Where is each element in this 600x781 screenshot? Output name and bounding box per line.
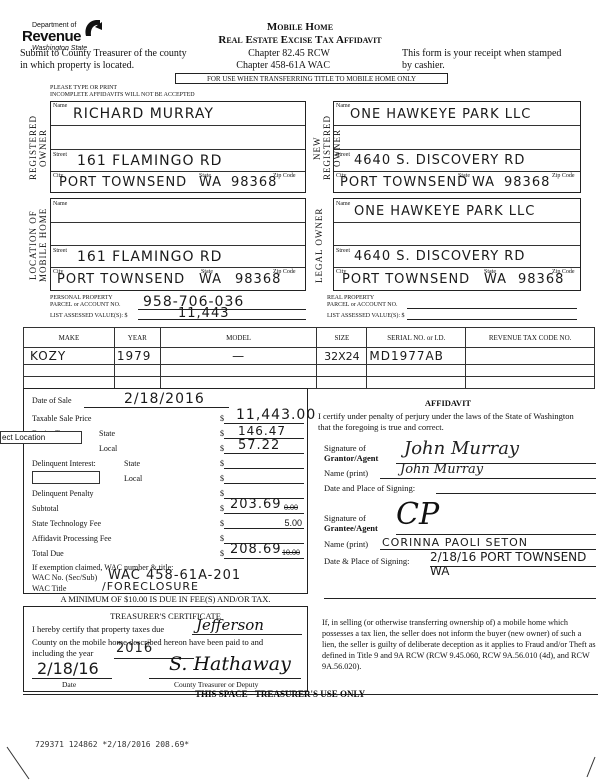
state-value: WA	[199, 272, 222, 287]
street-label: Street	[336, 248, 350, 254]
tech-fee-field: 5.00	[224, 517, 304, 529]
real-parcel-number-field[interactable]	[407, 297, 577, 309]
header-serial: SERIAL NO. or I.D.	[367, 328, 466, 348]
date-of-sale-label: Date of Sale	[32, 396, 72, 405]
delinquent-interest-label: Delinquent Interest:	[32, 459, 96, 468]
subtotal-field[interactable]: 203.69 0.00	[224, 502, 304, 514]
location-city-field[interactable]: City PORT TOWNSEND State WA Zip Code 983…	[51, 268, 305, 291]
section-label-line1: NEW REGISTERED	[312, 116, 332, 181]
grantor-date-place-field[interactable]	[436, 483, 596, 494]
state-value: WA	[199, 175, 222, 190]
total-due-value: 208.69	[230, 542, 282, 557]
location-name2-field[interactable]	[51, 223, 305, 246]
assessed-value-field[interactable]: 11,443	[138, 311, 306, 320]
header-size: SIZE	[317, 328, 367, 348]
location-section-label: LOCATION OF MOBILE HOME	[28, 200, 48, 290]
submit-instructions: Submit to County Treasurer of the county…	[20, 48, 220, 72]
treasurer-date-field[interactable]: 2/18/16	[32, 665, 112, 679]
select-location-tooltip[interactable]: ect Location	[0, 431, 82, 444]
location-street-field[interactable]: Street 161 FLAMINGO RD	[51, 246, 305, 268]
header-model: MODEL	[160, 328, 317, 348]
sig-label-line1: Signature of	[324, 443, 378, 453]
total-due-label: Total Due	[32, 549, 64, 558]
mobile-home-details-table: MAKE YEAR MODEL SIZE SERIAL NO. or I.D. …	[23, 327, 595, 389]
sig-label-line1: Signature of	[324, 513, 378, 523]
registered-owner-box: Name RICHARD MURRAY Street 161 FLAMINGO …	[50, 101, 306, 193]
affidavit-title: AFFIDAVIT	[298, 398, 598, 408]
street-value: 161 FLAMINGO RD	[77, 249, 222, 265]
name-label: Name	[53, 201, 67, 207]
tax-calculation-box: Date of Sale 2/18/2016 Taxable Sale Pric…	[23, 388, 308, 594]
cell-make[interactable]	[24, 365, 115, 377]
cell-model[interactable]	[160, 365, 317, 377]
delinquent-checkbox-field[interactable]	[32, 471, 100, 484]
parcel-label: REAL PROPERTY PARCEL or ACCOUNT NO.	[327, 295, 397, 309]
grantee-name-value: CORINNA PAOLI SETON	[382, 536, 528, 549]
street-value: 4640 S. DISCOVERY RD	[354, 153, 525, 168]
taxable-sale-price-value: 11,443.00	[236, 407, 316, 423]
registered-owner-name2-field[interactable]	[51, 126, 305, 150]
tax-lien-notice: If, in selling (or otherwise transferrin…	[322, 617, 597, 672]
cell-size[interactable]	[317, 365, 367, 377]
treasurer-certificate-title: TREASURER'S CERTIFICATE	[24, 611, 307, 621]
delinquent-local-label: Local	[124, 474, 142, 483]
cell-revenue-code[interactable]	[466, 348, 595, 365]
legal-owner-name-field[interactable]: Name ONE HAWKEYE PARK LLC	[334, 199, 580, 223]
assessed-value: 11,443	[178, 306, 230, 321]
logo-revenue-text: Revenue	[22, 28, 81, 45]
city-value: PORT TOWNSEND	[342, 272, 470, 287]
section-label-line1: REGISTERED	[28, 116, 38, 181]
city-value: PORT TOWNSEND	[340, 175, 468, 190]
excise-tax-local-value: 57.22	[238, 438, 280, 453]
cell-serial[interactable]: MD1977AB	[367, 348, 466, 365]
subtotal-label: Subtotal	[32, 504, 59, 513]
treasurer-signature-field[interactable]: S. Hathaway	[149, 665, 301, 679]
please-type-text: PLEASE TYPE OR PRINT	[50, 85, 195, 92]
parcel-label-line2: PARCEL or ACCOUNT NO.	[50, 302, 120, 309]
wac-title-value: /FORECLOSURE	[102, 580, 199, 593]
table-row	[24, 377, 595, 389]
treasurer-date-label: Date	[62, 680, 76, 689]
street-value: 4640 S. DISCOVERY RD	[354, 249, 525, 264]
grantee-signature-label: Signature of Grantee/Agent	[324, 513, 378, 533]
grantor-name-value: John Murray	[400, 462, 483, 477]
date-of-sale-value: 2/18/2016	[124, 391, 205, 407]
location-name-field[interactable]: Name	[51, 199, 305, 223]
treasurer-county-field[interactable]: Jefferson	[192, 624, 302, 635]
delinquent-penalty-label: Delinquent Penalty	[32, 489, 94, 498]
section-label-line2: OWNER	[38, 129, 48, 167]
header-year: YEAR	[114, 328, 160, 348]
table-row	[24, 365, 595, 377]
street-label: Street	[53, 248, 67, 254]
state-label: State	[458, 173, 470, 179]
grantor-signature-label: Signature of Grantor/Agent	[324, 443, 378, 463]
table-row: KOZY 1979 — 32X24 MD1977AB	[24, 348, 595, 365]
new-owner-city-field[interactable]: City PORT TOWNSEND State WA Zip Code 983…	[334, 172, 580, 193]
legal-owner-street-field[interactable]: Street 4640 S. DISCOVERY RD	[334, 246, 580, 268]
grantee-name-field[interactable]: CORINNA PAOLI SETON	[380, 538, 596, 550]
assessed-label: LIST ASSESSED VALUE(S): $	[327, 313, 405, 319]
state-value: WA	[484, 272, 507, 287]
legal-owner-name2-field[interactable]	[334, 223, 580, 246]
treasurers-certificate-box: TREASURER'S CERTIFICATE I hereby certify…	[23, 606, 308, 692]
sig-label-line2: Grantee/Agent	[324, 523, 378, 533]
cell-make[interactable]	[24, 377, 115, 389]
receipt-line-2: by cashier.	[402, 60, 592, 72]
city-value: PORT TOWNSEND	[57, 272, 185, 287]
state-value: WA	[472, 175, 495, 190]
section-label-line2: MOBILE HOME	[38, 208, 48, 282]
excise-state-label: State	[99, 429, 115, 438]
treasurer-use-only-label: THIS SPACE - TREASURER'S USE ONLY	[195, 689, 365, 699]
grantee-signature-field[interactable]: CP	[396, 521, 596, 535]
new-owner-street-field[interactable]: Street 4640 S. DISCOVERY RD	[334, 150, 580, 172]
table-header-row: MAKE YEAR MODEL SIZE SERIAL NO. or I.D. …	[24, 328, 595, 348]
cell-model[interactable]	[160, 377, 317, 389]
treasurer-year-value: 2016	[116, 641, 153, 656]
name-value: ONE HAWKEYE PARK LLC	[354, 204, 535, 219]
tech-fee-value: 5.00	[284, 518, 302, 528]
street-label: Street	[53, 152, 67, 158]
receipt-line-1: This form is your receipt when stamped	[402, 48, 592, 60]
registered-owner-section-label: REGISTERED OWNER	[28, 103, 48, 193]
cell-size[interactable]: 32X24	[317, 348, 367, 365]
header-revenue-code: REVENUE TAX CODE NO.	[466, 328, 595, 348]
name-label: Name	[53, 103, 67, 109]
legal-owner-section-label: LEGAL OWNER	[314, 200, 324, 290]
legal-owner-city-field[interactable]: City PORT TOWNSEND State WA Zip Code 983…	[334, 268, 580, 291]
cell-year[interactable]	[114, 377, 160, 389]
cell-size[interactable]	[317, 377, 367, 389]
zip-value: 98368	[504, 175, 550, 190]
print-instructions: PLEASE TYPE OR PRINT INCOMPLETE AFFIDAVI…	[50, 85, 195, 99]
legal-owner-box: Name ONE HAWKEYE PARK LLC Street 4640 S.…	[333, 198, 581, 291]
receipt-stamp: 729371 124862 *2/18/2016 208.69*	[35, 740, 189, 749]
parcel-label-line1: PERSONAL PROPERTY	[50, 295, 120, 302]
incomplete-warning: INCOMPLETE AFFIDAVITS WILL NOT BE ACCEPT…	[50, 92, 195, 99]
chapter-rcw: Chapter 82.45 RCW	[236, 48, 330, 60]
submit-line-2: in which property is located.	[20, 60, 220, 72]
excise-local-label: Local	[99, 444, 117, 453]
chapter-wac: Chapter 458-61A WAC	[236, 60, 330, 72]
cell-revenue-code[interactable]	[466, 377, 595, 389]
cell-revenue-code[interactable]	[466, 365, 595, 377]
grantee-date-place-value: 2/18/16 PORT TOWNSEND WA	[430, 550, 596, 578]
parcel-label-line1: REAL PROPERTY	[327, 295, 397, 302]
name-value: ONE HAWKEYE PARK LLC	[350, 107, 531, 122]
minimum-due-note: A MINIMUM OF $10.00 IS DUE IN FEE(S) AND…	[23, 594, 308, 604]
grantee-date-place-field[interactable]: 2/18/16 PORT TOWNSEND WA	[430, 555, 596, 567]
real-assessed-value-field[interactable]	[407, 311, 577, 320]
new-registered-owner-box: Name ONE HAWKEYE PARK LLC Street 4640 S.…	[333, 101, 581, 193]
registered-owner-name-field[interactable]: Name RICHARD MURRAY	[51, 102, 305, 126]
new-owner-name-field[interactable]: Name ONE HAWKEYE PARK LLC	[334, 102, 580, 126]
excise-tax-local-field[interactable]: 57.22	[224, 442, 304, 454]
zip-value: 98368	[235, 272, 281, 287]
treasurer-line3: including the year	[32, 648, 93, 658]
wac-title-field[interactable]: /FORECLOSURE	[74, 581, 274, 593]
subtotal-struck-value: 0.00	[284, 503, 298, 512]
header-make: MAKE	[24, 328, 115, 348]
taxable-sale-price-label: Taxable Sale Price	[32, 414, 91, 423]
grantor-name-label: Name (print)	[324, 468, 368, 478]
revenue-logo-icon	[82, 18, 104, 40]
grantee-date-place-label: Date & Place of Signing:	[324, 556, 409, 566]
affidavit-section: AFFIDAVIT I certify under penalty of per…	[318, 398, 598, 433]
personal-property-parcel: PERSONAL PROPERTY PARCEL or ACCOUNT NO. …	[50, 293, 306, 325]
form-title-line2: Real Estate Excise Tax Affidavit	[190, 34, 410, 46]
excise-tax-state-value: 146.47	[238, 424, 286, 438]
cell-serial[interactable]	[367, 377, 466, 389]
city-value: PORT TOWNSEND	[59, 175, 187, 190]
treasurer-county-value: Jefferson	[196, 616, 264, 634]
grantor-signature-value: John Murray	[404, 438, 519, 459]
cell-make[interactable]: KOZY	[24, 348, 115, 365]
delinquent-interest-state-field[interactable]	[224, 457, 304, 469]
name-label: Name	[336, 201, 350, 207]
assessed-label: LIST ASSESSED VALUE(S): $	[50, 313, 128, 319]
total-struck-value: 10.00	[282, 548, 300, 557]
grantee-signature-value: CP	[396, 497, 439, 532]
cell-year[interactable]	[114, 365, 160, 377]
affidavit-certify-text: I certify under penalty of perjury under…	[318, 411, 588, 433]
for-use-banner: FOR USE WHEN TRANSFERRING TITLE TO MOBIL…	[175, 73, 448, 84]
chapter-references: Chapter 82.45 RCW Chapter 458-61A WAC	[236, 48, 330, 72]
subtotal-value: 203.69	[230, 497, 282, 512]
parcel-label-line2: PARCEL or ACCOUNT NO.	[327, 302, 397, 309]
zip-value: 98368	[231, 175, 277, 190]
receipt-note: This form is your receipt when stamped b…	[402, 48, 592, 72]
submit-line-1: Submit to County Treasurer of the county	[20, 48, 220, 60]
scan-mark-icon	[5, 745, 35, 781]
treasurer-line1: I hereby certify that property taxes due	[32, 624, 164, 634]
zip-value: 98368	[518, 272, 564, 287]
cell-model[interactable]: —	[160, 348, 317, 365]
name-label: Name	[336, 103, 350, 109]
real-property-parcel: REAL PROPERTY PARCEL or ACCOUNT NO. LIST…	[327, 293, 583, 325]
date-of-sale-field[interactable]: 2/18/2016	[84, 397, 229, 408]
treasurer-signature-value: S. Hathaway	[169, 653, 291, 675]
total-due-field[interactable]: 208.69 10.00	[224, 547, 304, 559]
cell-serial[interactable]	[367, 365, 466, 377]
affidavit-divider	[324, 598, 596, 599]
sig-label-line2: Grantor/Agent	[324, 453, 378, 463]
grantee-name-label: Name (print)	[324, 539, 368, 549]
treasurer-date-value: 2/18/16	[37, 659, 99, 678]
taxable-sale-price-field[interactable]: 11,443.00	[224, 412, 304, 424]
name-value: RICHARD MURRAY	[73, 106, 214, 122]
street-label: Street	[336, 152, 350, 158]
treasurer-signature-label: County Treasurer or Deputy	[174, 680, 258, 689]
grantor-name-field[interactable]: John Murray	[380, 468, 596, 479]
street-value: 161 FLAMINGO RD	[77, 153, 222, 169]
cell-year[interactable]: 1979	[114, 348, 160, 365]
zip-label: Zip Code	[552, 173, 575, 179]
registered-owner-city-field[interactable]: City PORT TOWNSEND State WA Zip Code 983…	[51, 172, 305, 193]
form-title-line1: Mobile Home	[200, 21, 400, 33]
grantor-date-place-label: Date and Place of Signing:	[324, 483, 415, 493]
section-label-line1: LOCATION OF	[28, 210, 38, 280]
delinquent-state-label: State	[124, 459, 140, 468]
new-owner-name2-field[interactable]	[334, 126, 580, 150]
parcel-label: PERSONAL PROPERTY PARCEL or ACCOUNT NO.	[50, 295, 120, 309]
delinquent-interest-local-field[interactable]	[224, 472, 304, 484]
registered-owner-street-field[interactable]: Street 161 FLAMINGO RD	[51, 150, 305, 172]
tech-fee-label: State Technology Fee	[32, 519, 101, 528]
processing-fee-label: Affidavit Processing Fee	[32, 534, 111, 543]
scan-mark-icon	[585, 755, 597, 779]
wac-title-label: WAC Title	[32, 584, 66, 593]
location-box: Name Street 161 FLAMINGO RD City PORT TO…	[50, 198, 306, 291]
